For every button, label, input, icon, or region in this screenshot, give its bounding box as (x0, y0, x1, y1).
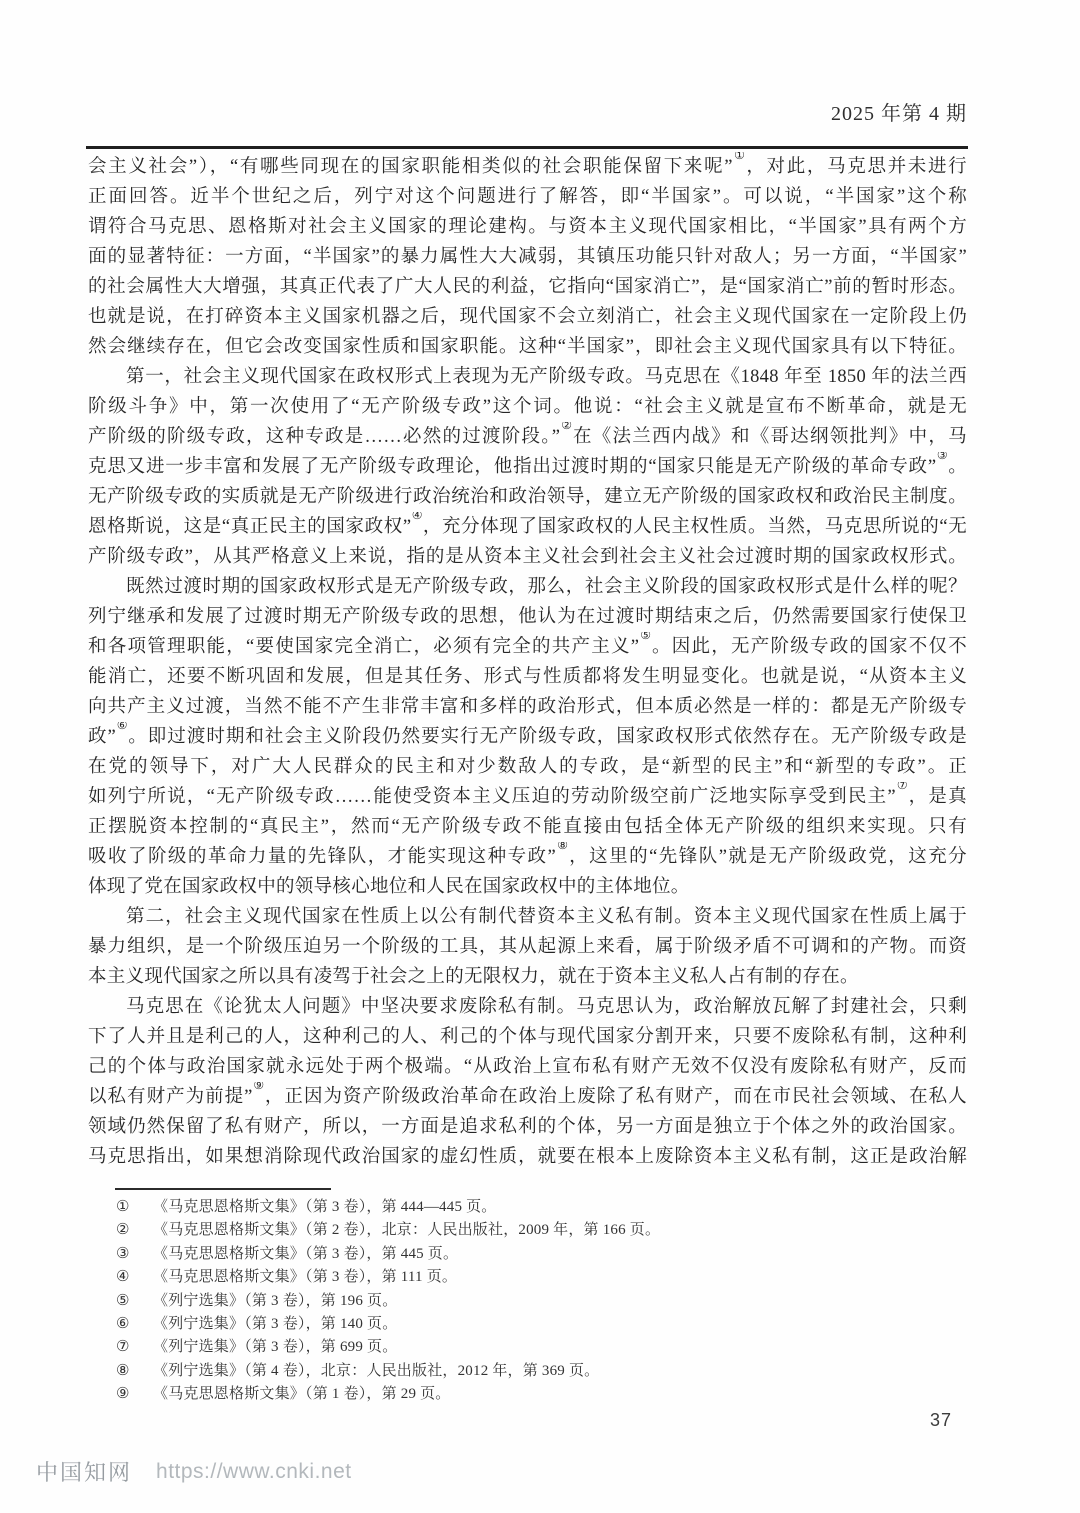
footnote-text: 《马克思恩格斯文集》（第 3 卷），第 111 页。 (153, 1266, 836, 1289)
footnote-text: 《马克思恩格斯文集》（第 1 卷），第 29 页。 (153, 1383, 836, 1406)
body-line: 第一，社会主义现代国家在政权形式上表现为无产阶级专政。马克思在《1848 年至 … (88, 362, 967, 392)
footnote-item: ⑧《列宁选集》（第 4 卷），北京：人民出版社，2012 年，第 369 页。 (116, 1360, 836, 1383)
cnki-watermark: 中国知网 https://www.cnki.net (36, 1456, 352, 1487)
body-line: 阶级斗争》中，第一次使用了“无产阶级专政”这个词。他说：“社会主义就是宣布不断革… (88, 392, 967, 422)
footnote-ref: ① (733, 152, 747, 162)
body-line: 能消亡，还要不断巩固和发展，但是其任务、形式与性质都将发生明显变化。也就是说，“… (88, 662, 967, 692)
footnote-item: ⑤《列宁选集》（第 3 卷），第 196 页。 (116, 1290, 836, 1313)
footnote-text: 《马克思恩格斯文集》（第 3 卷），第 444—445 页。 (153, 1196, 836, 1219)
footnote-item: ③《马克思恩格斯文集》（第 3 卷），第 445 页。 (116, 1243, 836, 1266)
footnote-text: 《马克思恩格斯文集》（第 3 卷），第 445 页。 (153, 1243, 836, 1266)
body-line: 谓符合马克思、恩格斯对社会主义国家的理论建构。与资本主义现代国家相比，“半国家”… (88, 212, 967, 242)
footnote-number: ⑧ (116, 1360, 153, 1383)
body-line: 本主义现代国家之所以具有凌驾于社会之上的无限权力，就在于资本主义私人占有制的存在… (88, 962, 967, 992)
journal-issue-header: 2025 年第 4 期 (831, 100, 967, 128)
body-line: 以私有财产为前提”⑨，正因为资产阶级政治革命在政治上废除了私有财产，而在市民社会… (88, 1082, 967, 1112)
footnote-ref: ⑧ (556, 842, 569, 852)
footnote-number: ⑨ (116, 1383, 153, 1406)
body-line: 己的个体与政治国家就永远处于两个极端。“从政治上宣布私有财产无效不仅没有废除私有… (88, 1052, 967, 1082)
footnote-text: 《列宁选集》（第 3 卷），第 699 页。 (153, 1336, 836, 1359)
body-line: 正面回答。近半个世纪之后，列宁对这个问题进行了解答，即“半国家”。可以说，“半国… (88, 182, 967, 212)
body-line: 体现了党在国家政权中的领导核心地位和人民在国家政权中的主体地位。 (88, 872, 967, 902)
footnote-item: ④《马克思恩格斯文集》（第 3 卷），第 111 页。 (116, 1266, 836, 1289)
footnote-ref: ⑥ (116, 722, 128, 732)
body-line: 然会继续存在，但它会改变国家性质和国家职能。这种“半国家”，即社会主义现代国家具… (88, 332, 967, 362)
journal-page: 2025 年第 4 期 会主义社会”），“有哪些同现在的国家职能相类似的社会职能… (0, 0, 1080, 1513)
footnote-text: 《列宁选集》（第 3 卷），第 140 页。 (153, 1313, 836, 1336)
header-rule (86, 146, 968, 149)
body-line: 产阶级专政”，从其严格意义上来说，指的是从资本主义社会到社会主义社会过渡时期的国… (88, 542, 967, 572)
body-line: 恩格斯说，这是“真正民主的国家政权”④，充分体现了国家政权的人民主权性质。当然，… (88, 512, 967, 542)
body-line: 和各项管理职能，“要使国家完全消亡，必须有完全的共产主义”⑤。因此，无产阶级专政… (88, 632, 967, 662)
body-line: 产阶级的阶级专政，这种专政是……必然的过渡阶段。”②在《法兰西内战》和《哥达纲领… (88, 422, 967, 452)
footnote-number: ② (116, 1219, 153, 1242)
footnote-list: ①《马克思恩格斯文集》（第 3 卷），第 444—445 页。②《马克思恩格斯文… (116, 1196, 836, 1407)
body-line: 面的显著特征：一方面，“半国家”的暴力属性大大减弱，其镇压功能只针对敌人；另一方… (88, 242, 967, 272)
body-line: 也就是说，在打碎资本主义国家机器之后，现代国家不会立刻消亡，社会主义现代国家在一… (88, 302, 967, 332)
body-line: 马克思指出，如果想消除现代政治国家的虚幻性质，就要在根本上废除资本主义私有制，这… (88, 1142, 967, 1172)
footnote-item: ⑥《列宁选集》（第 3 卷），第 140 页。 (116, 1313, 836, 1336)
body-line: 马克思在《论犹太人问题》中坚决要求废除私有制。马克思认为，政治解放瓦解了封建社会… (88, 992, 967, 1022)
footnote-number: ③ (116, 1243, 153, 1266)
footnote-item: ②《马克思恩格斯文集》（第 2 卷），北京：人民出版社，2009 年，第 166… (116, 1219, 836, 1242)
body-line: 的社会属性大大增强，其真正代表了广大人民的利益，它指向“国家消亡”，是“国家消亡… (88, 272, 967, 302)
body-line: 第二，社会主义现代国家在性质上以公有制代替资本主义私有制。资本主义现代国家在性质… (88, 902, 967, 932)
footnote-item: ①《马克思恩格斯文集》（第 3 卷），第 444—445 页。 (116, 1196, 836, 1219)
footnote-number: ⑤ (116, 1290, 153, 1313)
article-body: 会主义社会”），“有哪些同现在的国家职能相类似的社会职能保留下来呢”①，对此，马… (88, 152, 967, 1172)
footnote-ref: ⑤ (639, 632, 652, 642)
body-line: 向共产主义过渡，当然不能不产生非常丰富和多样的政治形式，但本质必然是一样的：都是… (88, 692, 967, 722)
page-number: 37 (930, 1410, 952, 1431)
footnote-ref: ⑨ (253, 1082, 265, 1092)
footnote-number: ⑥ (116, 1313, 153, 1336)
footnote-ref: ⑦ (896, 782, 909, 792)
body-line: 政”⑥。即过渡时期和社会主义阶段仍然要实行无产阶级专政，国家政权形式依然存在。无… (88, 722, 967, 752)
footnote-number: ⑦ (116, 1336, 153, 1359)
body-line: 既然过渡时期的国家政权形式是无产阶级专政，那么，社会主义阶段的国家政权形式是什么… (88, 572, 967, 602)
body-line: 如列宁所说，“无产阶级专政……能使受资本主义压迫的劳动阶级空前广泛地实际享受到民… (88, 782, 967, 812)
body-line: 列宁继承和发展了过渡时期无产阶级专政的思想，他认为在过渡时期结束之后，仍然需要国… (88, 602, 967, 632)
footnote-text: 《列宁选集》（第 4 卷），北京：人民出版社，2012 年，第 369 页。 (153, 1360, 836, 1383)
body-line: 领域仍然保留了私有财产，所以，一方面是追求私利的个体，另一方面是独立于个体之外的… (88, 1112, 967, 1142)
cnki-site-name: 中国知网 (36, 1456, 132, 1487)
footnote-ref: ③ (936, 452, 948, 462)
body-line: 在党的领导下，对广大人民群众的民主和对少数敌人的专政，是“新型的民主”和“新型的… (88, 752, 967, 782)
footnote-ref: ② (560, 422, 573, 432)
footnote-ref: ④ (411, 512, 422, 522)
body-line: 下了人并且是利己的人，这种利己的人、利己的个体与现代国家分割开来，只要不废除私有… (88, 1022, 967, 1052)
body-line: 会主义社会”），“有哪些同现在的国家职能相类似的社会职能保留下来呢”①，对此，马… (88, 152, 967, 182)
body-line: 无产阶级专政的实质就是无产阶级进行政治统治和政治领导，建立无产阶级的国家政权和政… (88, 482, 967, 512)
cnki-url-link[interactable]: https://www.cnki.net (156, 1460, 352, 1484)
body-line: 吸收了阶级的革命力量的先锋队，才能实现这种专政”⑧，这里的“先锋队”就是无产阶级… (88, 842, 967, 872)
footnote-item: ⑦《列宁选集》（第 3 卷），第 699 页。 (116, 1336, 836, 1359)
footnote-number: ① (116, 1196, 153, 1219)
footnote-text: 《马克思恩格斯文集》（第 2 卷），北京：人民出版社，2009 年，第 166 … (153, 1219, 836, 1242)
body-line: 正摆脱资本控制的“真民主”，然而“无产阶级专政不能直接由包括全体无产阶级的组织来… (88, 812, 967, 842)
footnote-separator (115, 1188, 331, 1190)
body-line: 暴力组织，是一个阶级压迫另一个阶级的工具，其从起源上来看，属于阶级矛盾不可调和的… (88, 932, 967, 962)
body-line: 克思又进一步丰富和发展了无产阶级专政理论，他指出过渡时期的“国家只能是无产阶级的… (88, 452, 967, 482)
footnote-text: 《列宁选集》（第 3 卷），第 196 页。 (153, 1290, 836, 1313)
footnote-item: ⑨《马克思恩格斯文集》（第 1 卷），第 29 页。 (116, 1383, 836, 1406)
footnote-number: ④ (116, 1266, 153, 1289)
